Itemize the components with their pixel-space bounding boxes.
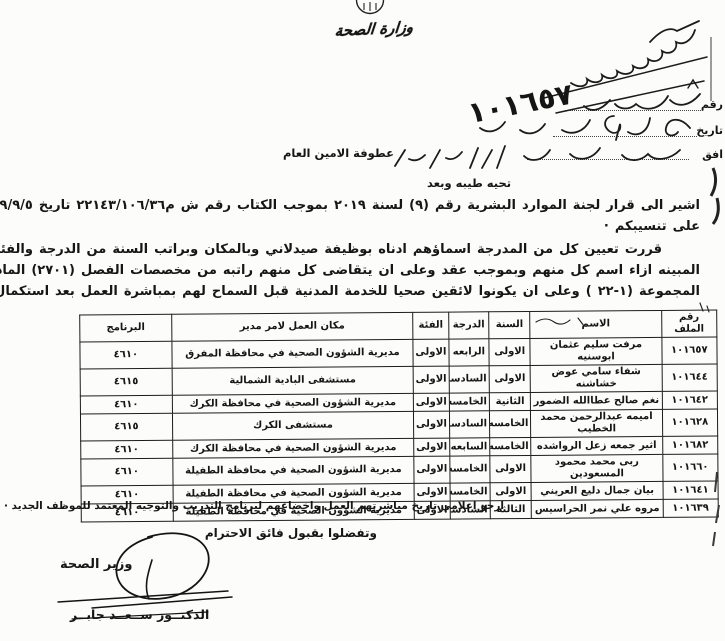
respect-line: وتفضلوا بقبول فائق الاحترام [222,526,377,540]
table-cell: الاولى [490,455,532,482]
ref-number-line [565,110,703,111]
table-cell: ١٠١٦٢٨ [662,409,718,436]
table-cell: شفاء سامي عوض خشاشنه [530,364,661,392]
table-cell: ٤٦١٥ [80,368,172,396]
table-cell: الخامسه [450,483,490,501]
paragraph-reference: اشير الى قرار لجنة الموارد البشرية رقم (… [24,195,700,237]
col-name: الاسم [530,310,661,338]
ref-date-label: تاريخ [696,124,723,137]
col-file-number: رقم الملف [661,310,717,337]
ministry-logo-script: وزارة الصحة [327,18,420,41]
table-body: ١٠١٦٥٧مرفت سليم عثمان ابوسنيهالاولىالراب… [80,337,718,522]
group-range: ( ١-٢٢) [586,284,633,299]
table-cell: اثير جمعه زعل الرواشده [531,436,662,455]
handwritten-number: ١٠١٦٥٧ [465,76,576,130]
table-cell: السابعه [450,438,490,456]
table-cell: ٤٦١٠ [81,458,173,486]
table-cell: ١٠١٦٣٩ [663,499,719,517]
ref-attachment-label: افق [702,148,723,161]
table-cell: الاولى [414,483,450,501]
table-cell: الاولى [489,338,531,365]
group-text-post: وعلى ان يكونوا لائقين صحيا للخدمة المدني… [0,284,586,299]
col-program: البرنامج [80,314,172,342]
table-cell: الاولى [413,366,449,393]
table-cell: مستشفى الكرك [172,411,414,440]
table-cell: الاولى [414,438,450,456]
table-cell: الثانية [489,392,531,410]
ref-attachment-line [527,159,689,160]
greeting-line: تحيه طيبه وبعد [427,176,511,190]
table-cell: الخامسه [450,456,490,483]
table-cell: ٤٦١٠ [80,341,172,369]
col-workplace: مكان العمل لامر مدير [171,312,413,341]
table-cell: ١٠١٦٥٧ [661,337,717,364]
table-cell: الاولى [414,456,450,483]
paragraph-line: اشير الى قرار لجنة الموارد البشرية رقم (… [24,195,700,216]
col-year: السنة [489,311,531,338]
table-cell: ١٠١٦٦٠ [662,454,718,481]
table-cell: الخامسه [449,393,489,411]
salutation-line: عطوفة الامين العام [283,146,394,160]
table-cell: ١٠١٦٤٤ [662,364,718,391]
table-cell: مستشفى البادية الشمالية [172,366,414,395]
table-cell: الاولى [414,393,450,411]
table-cell: مديرية الشؤون الصحية في محافظة الكرك [172,393,414,413]
table-cell: اميمه عبدالرحمن محمد الخطيب [531,409,662,437]
table-cell: الخامسه [490,437,532,455]
table-cell: السادسه [449,411,489,438]
appointments-table: رقم الملف الاسم السنة الدرجة الفئة مكان … [79,309,719,522]
ref-date-line [553,136,697,137]
paragraph-line: المبينه ازاء اسم كل منهم وبموجب عقد وعلى… [24,260,700,281]
table-cell: مديرية الشؤون الصحية في محافظة الطفيلة [173,456,415,485]
table-cell: الخامسه [489,410,531,437]
table-cell: الاولى [490,482,532,500]
table-cell: الاولى [414,411,450,438]
table-cell: ٤٦١٠ [80,395,172,414]
table-cell: ١٠١٦٨٢ [662,436,718,454]
scanned-letter-page: وزارة الصحة رقم تاريخ افق عطوفة الامين ا… [0,0,725,641]
table-cell: بيان جمال دليع العريني [531,481,662,500]
ref-number-label: رقم [701,98,723,111]
table-cell: الاولى [489,365,531,392]
col-category: الفئة [413,312,449,339]
signer-name: الدكتــور ســعــد جابــر [70,607,209,622]
table-cell: ربى محمد محمود المسعودين [531,454,662,482]
table-cell: الاولى [413,339,449,366]
table-cell: السادسه [449,366,489,393]
table-cell: ١٠١٦٤١ [663,481,719,499]
paragraph-line: المجموعة ( ١-٢٢) وعلى ان يكونوا لائقين ص… [24,281,700,302]
table-cell: الرابعه [449,339,489,366]
request-line: ارجو اعلامي تاريخ مباشرتهم العمل واخضاعه… [158,500,504,512]
table-cell: ١٠١٦٤٢ [662,391,718,409]
paragraph-decision: قررت تعيين كل من المدرجة اسماؤهم ادناه ب… [24,239,700,302]
table-cell: مديرية الشؤون الصحية في محافظة الكرك [172,438,414,458]
col-grade: الدرجة [449,312,489,339]
group-text-pre: المجموعة [633,284,700,299]
signer-title: وزير الصحة [60,557,132,572]
table-cell: نغم صالح عطاالله الضمور [531,391,662,410]
table-cell: مديرية الشؤون الصحية في محافظة المفرق [172,339,414,368]
paragraph-line: على تنسيبكم · [24,216,700,237]
table-cell: مروه علي نمر الحراسيس [532,499,663,518]
table-cell: ٤٦١٠ [81,440,173,459]
table-cell: مرفت سليم عثمان ابوسنيه [530,337,661,365]
table-cell: ٤٦١٥ [80,413,172,441]
paragraph-line: قررت تعيين كل من المدرجة اسماؤهم ادناه ب… [24,239,700,260]
